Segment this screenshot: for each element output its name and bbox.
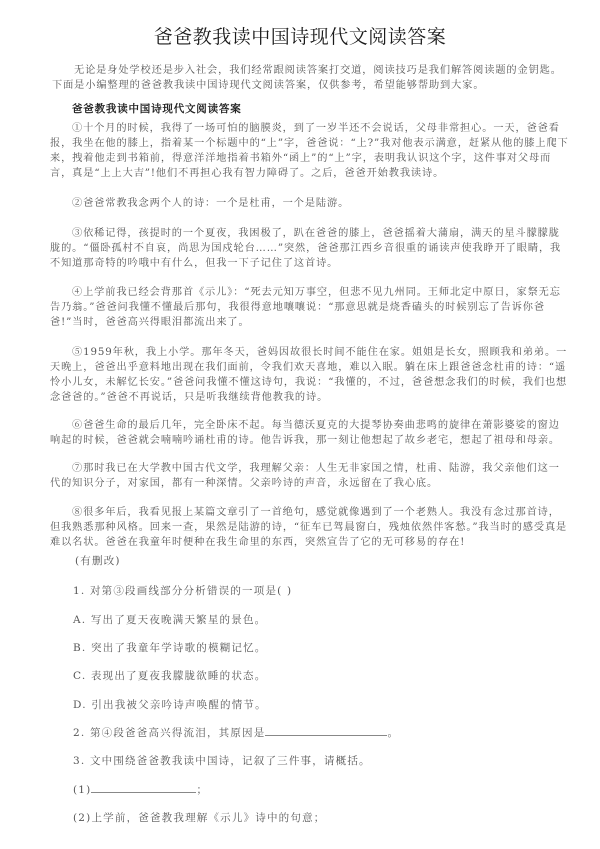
section-heading: 爸爸教我读中国诗现代文阅读答案 [72, 101, 242, 116]
item-1-label: (1) [73, 784, 91, 796]
question-2-text: 2. 第④段爸爸高兴得流泪，其原因是 [73, 727, 265, 739]
question-2-end: 。 [387, 727, 399, 739]
option-a: A. 写出了夏天夜晚满天繁星的景色。 [73, 612, 266, 627]
answer-blank[interactable] [265, 725, 387, 736]
option-b: B. 突出了我童年学诗歌的模糊记忆。 [73, 640, 267, 655]
paragraph-1: ①十个月的时候，我得了一场可怕的脑膜炎，到了一岁半还不会说话，父母非常担心。一天… [50, 121, 570, 181]
page-title: 爸爸教我读中国诗现代文阅读答案 [0, 22, 600, 49]
question-3-item-2: (2)上学前，爸爸教我理解《示儿》诗中的句意； [73, 810, 325, 825]
paragraph-7: ⑦那时我已在大学教中国古代文学，我理解父亲：人生无非家国之情，杜甫、陆游，我父亲… [50, 461, 570, 491]
item-1-end: ； [196, 784, 208, 796]
option-d: D. 引出我被父亲吟诗声唤醒的情节。 [73, 697, 267, 712]
option-c: C. 表现出了夏夜我朦胧欲睡的状态。 [73, 668, 266, 683]
paragraph-4: ④上学前我已经会背那首《示儿》：“死去元知万事空，但悲不见九州同。王师北定中原日… [50, 285, 570, 330]
paragraph-5: ⑤1959年秋，我上小学。那年冬天，爸妈因故很长时间不能住在家。姐姐是长女，照顾… [50, 345, 570, 405]
source-note: (有删改) [75, 553, 121, 568]
paragraph-2: ②爸爸常教我念两个人的诗：一个是杜甫，一个是陆游。 [50, 196, 570, 211]
paragraph-3: ③依稀记得，孩提时的一个夏夜，我困极了，趴在爸爸的膝上，爸爸摇着大蒲扇，满天的星… [50, 226, 570, 271]
question-3-item-1: (1)； [73, 782, 208, 797]
question-2: 2. 第④段爸爸高兴得流泪，其原因是。 [73, 725, 399, 740]
paragraph-6: ⑥爸爸生命的最后几年，完全卧床不起。每当德沃夏克的大提琴协奏曲悲鸣的旋律在萧影婆… [50, 418, 570, 448]
question-3: 3. 文中围绕爸爸教我读中国诗，记叙了三件事，请概括。 [73, 753, 371, 768]
answer-blank[interactable] [91, 782, 196, 793]
paragraph-8: ⑧很多年后，我看见报上某篇文章引了一首绝句，感觉就像遇到了一个老熟人。我没有念过… [50, 505, 570, 550]
question-1: 1. 对第③段画线部分分析错误的一项是( ) [73, 583, 292, 598]
intro-paragraph: 无论是身处学校还是步入社会，我们经常跟阅读答案打交道，阅读技巧是我们解答阅读题的… [52, 63, 572, 93]
